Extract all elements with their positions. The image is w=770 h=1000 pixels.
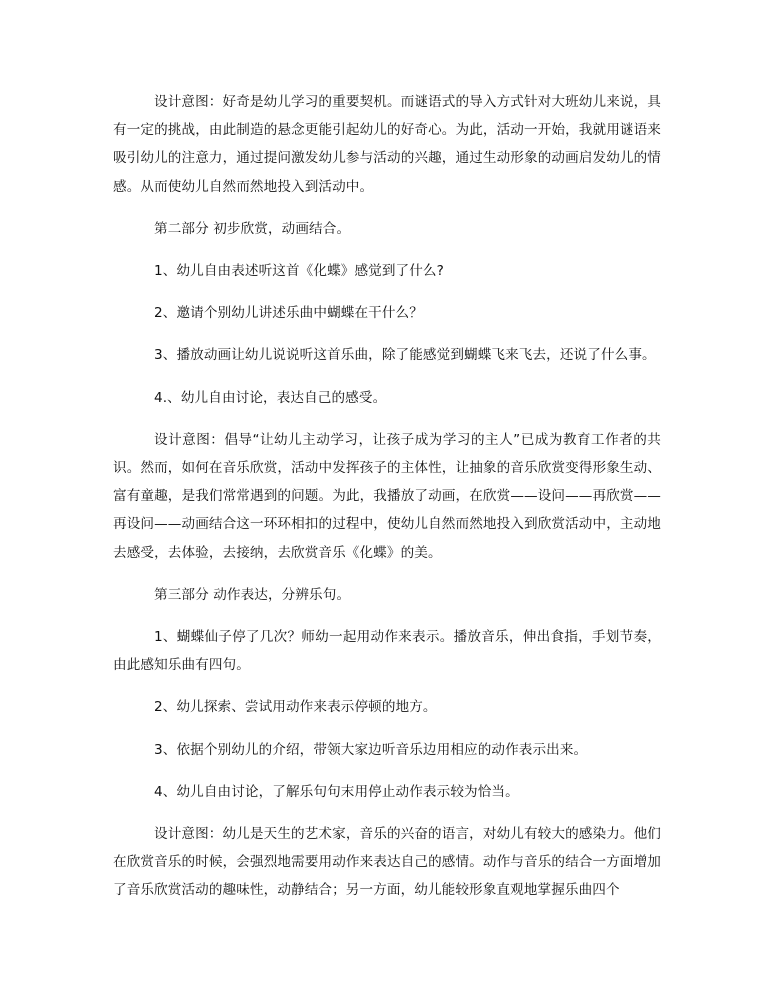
list-item: 3、播放动画让幼儿说说听这首乐曲，除了能感觉到蝴蝶飞来飞去，还说了什么事。 (113, 341, 661, 369)
design-intent-paragraph-2: 设计意图：倡导“让幼儿主动学习，让孩子成为学习的主人”已成为教育工作者的共识。然… (113, 426, 661, 567)
section-heading-part-3: 第三部分 动作表达，分辨乐句。 (113, 581, 661, 609)
list-item: 3、依据个别幼儿的介绍，带领大家边听音乐边用相应的动作表示出来。 (113, 736, 661, 764)
list-item: 4.、幼儿自由讨论，表达自己的感受。 (113, 384, 661, 412)
section-heading-part-2: 第二部分 初步欣赏，动画结合。 (113, 215, 661, 243)
document-page: 设计意图：好奇是幼儿学习的重要契机。而谜语式的导入方式针对大班幼儿来说，具有一定… (113, 88, 661, 905)
list-item: 1、幼儿自由表述听这首《化蝶》感觉到了什么? (113, 257, 661, 285)
list-item: 2、幼儿探索、尝试用动作来表示停顿的地方。 (113, 693, 661, 721)
list-item: 2、邀请个别幼儿讲述乐曲中蝴蝶在干什么？ (113, 299, 661, 327)
design-intent-paragraph-3: 设计意图：幼儿是天生的艺术家，音乐的兴奋的语言，对幼儿有较大的感染力。他们在欣赏… (113, 820, 661, 905)
list-item: 1、蝴蝶仙子停了几次？师幼一起用动作来表示。播放音乐，伸出食指，手划节奏，由此感… (113, 623, 661, 679)
list-item: 4、幼儿自由讨论，了解乐句句末用停止动作表示较为恰当。 (113, 778, 661, 806)
design-intent-paragraph-1: 设计意图：好奇是幼儿学习的重要契机。而谜语式的导入方式针对大班幼儿来说，具有一定… (113, 88, 661, 201)
